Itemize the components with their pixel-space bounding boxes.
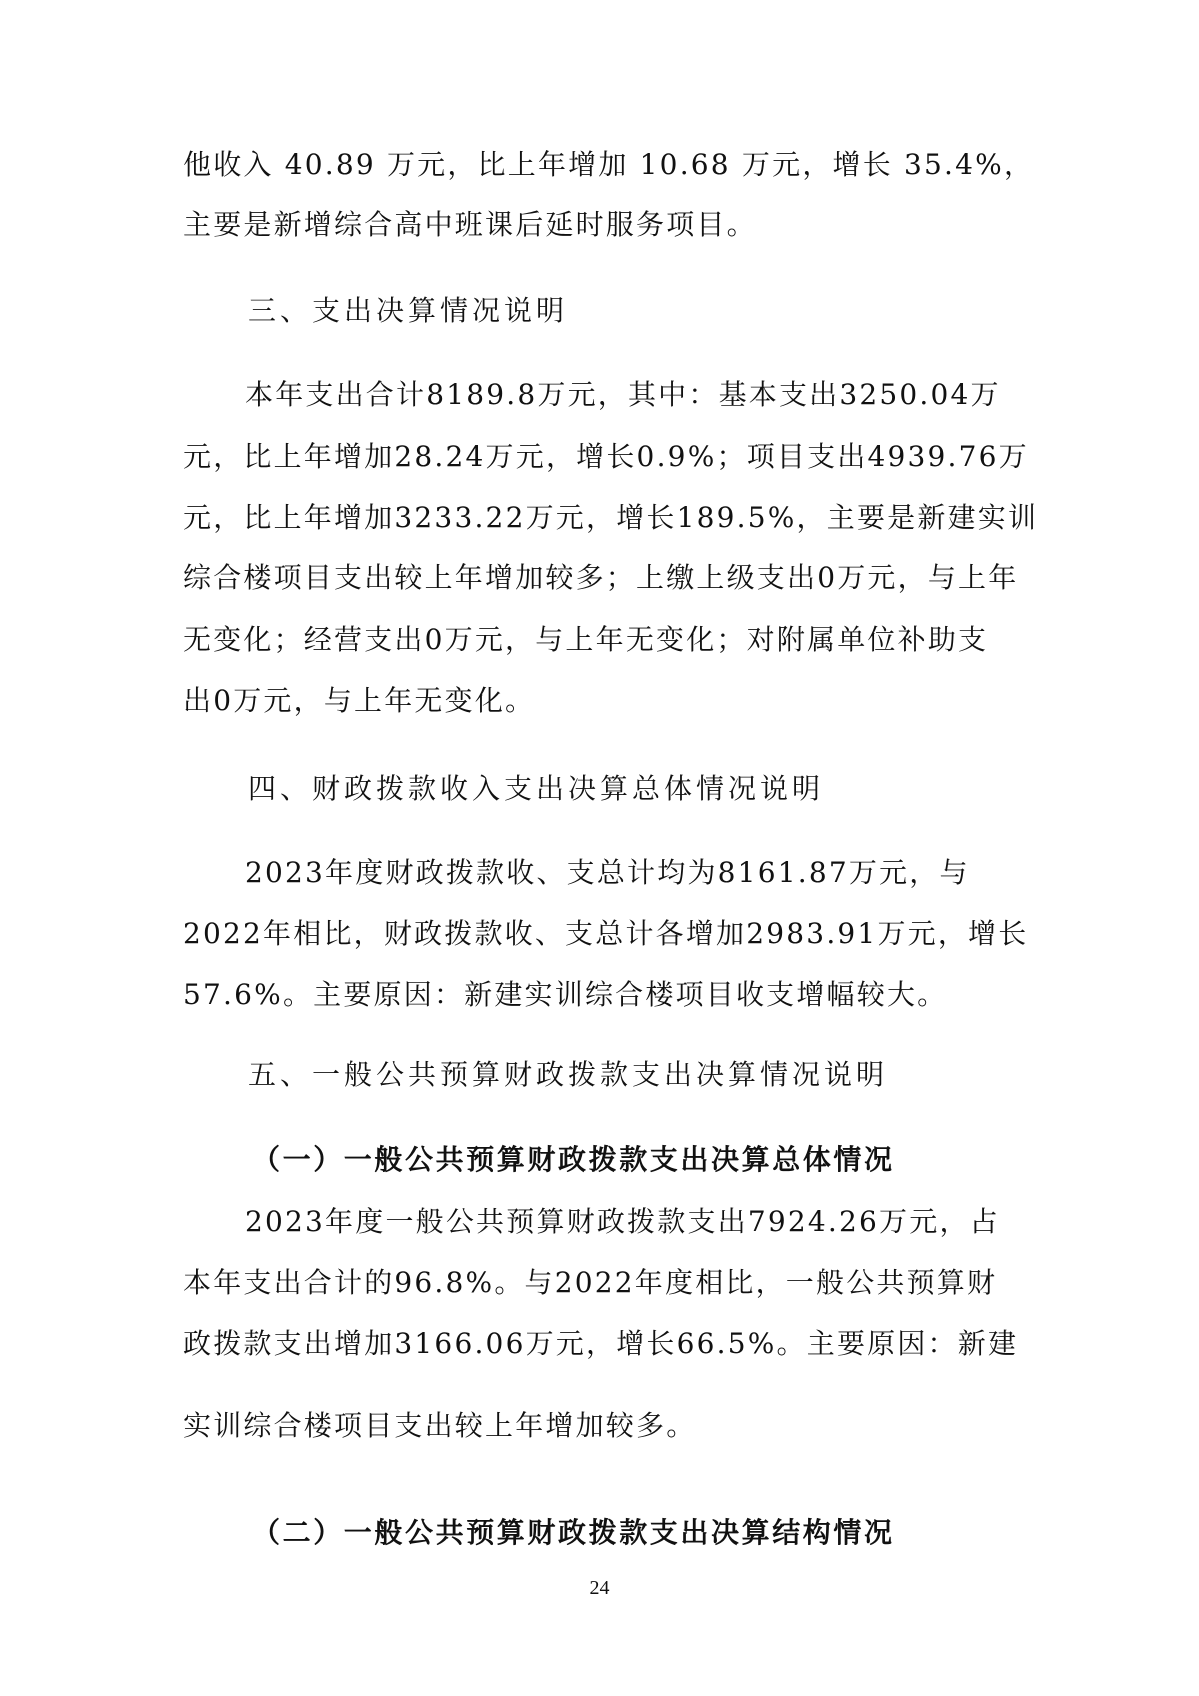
document-page: 他收入 40.89 万元，比上年增加 10.68 万元，增长 35.4%， 主要… [0,0,1199,1696]
paragraph-line: 2022年相比，财政拨款收、支总计各增加2983.91万元，增长 [183,917,1028,951]
paragraph-line: 本年支出合计的96.8%。与2022年度相比，一般公共预算财 [183,1266,997,1300]
paragraph-line: 2023年度一般公共预算财政拨款支出7924.26万元，占 [245,1205,1000,1239]
paragraph-line: 政拨款支出增加3166.06万元，增长66.5%。主要原因：新建 [183,1327,1018,1361]
paragraph-line: 无变化；经营支出0万元，与上年无变化；对附属单位补助支 [183,623,988,657]
subsection-heading-structure: （二）一般公共预算财政拨款支出决算结构情况 [252,1516,895,1550]
paragraph-line: 他收入 40.89 万元，比上年增加 10.68 万元，增长 35.4%， [183,148,1034,182]
paragraph-line: 本年支出合计8189.8万元，其中：基本支出3250.04万 [245,378,1001,412]
section-heading-general-budget: 五、一般公共预算财政拨款支出决算情况说明 [248,1058,888,1092]
section-heading-expenditure: 三、支出决算情况说明 [248,294,568,328]
paragraph-line: 主要是新增综合高中班课后延时服务项目。 [183,208,757,242]
paragraph-line: 57.6%。主要原因：新建实训综合楼项目收支增幅较大。 [183,978,947,1012]
paragraph-line: 2023年度财政拨款收、支总计均为8161.87万元，与 [245,856,970,890]
paragraph-line: 元，比上年增加3233.22万元，增长189.5%，主要是新建实训 [183,501,1038,535]
paragraph-line: 综合楼项目支出较上年增加较多；上缴上级支出0万元，与上年 [183,561,1018,595]
page-number: 24 [0,1574,1199,1602]
section-heading-fiscal-overall: 四、财政拨款收入支出决算总体情况说明 [248,772,824,806]
paragraph-line: 元，比上年增加28.24万元，增长0.9%；项目支出4939.76万 [183,440,1029,474]
paragraph-line: 出0万元，与上年无变化。 [183,684,535,718]
paragraph-line: 实训综合楼项目支出较上年增加较多。 [183,1409,696,1443]
subsection-heading-overall: （一）一般公共预算财政拨款支出决算总体情况 [252,1143,895,1177]
